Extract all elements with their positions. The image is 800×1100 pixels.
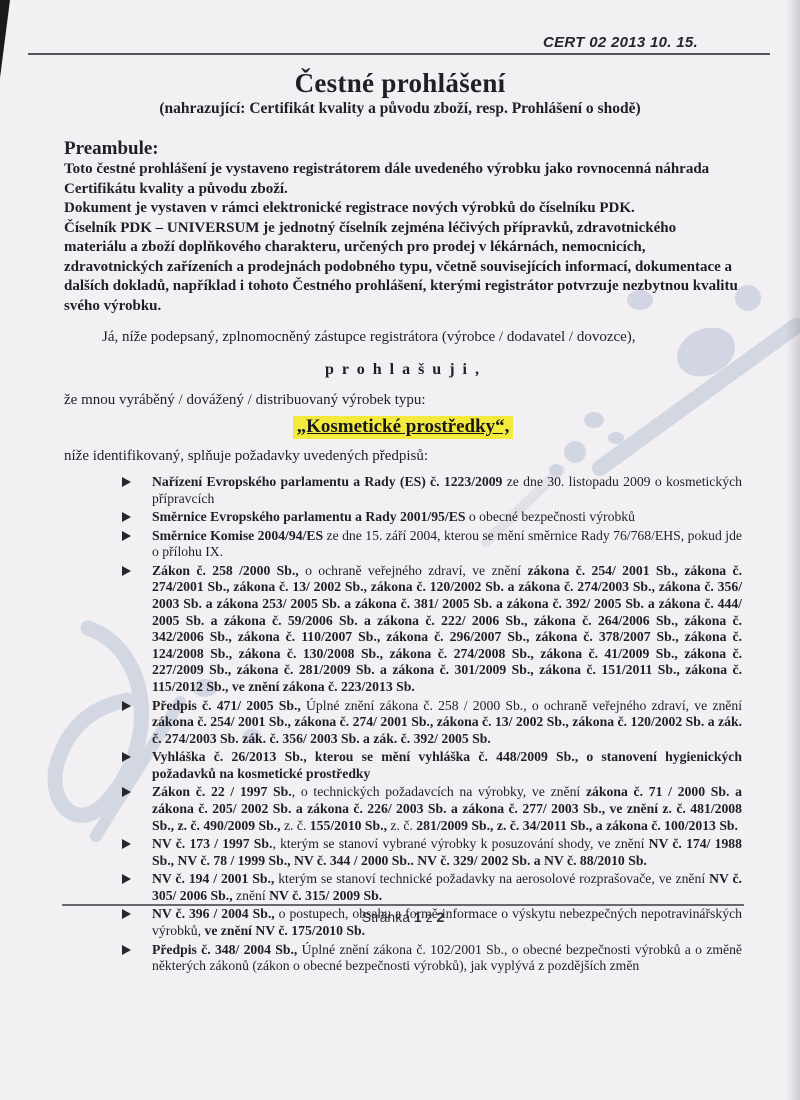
declaration-intro: Já, níže podepsaný, zplnomocněný zástupc…	[64, 329, 742, 346]
footer-total-pages: 2	[436, 909, 444, 925]
regulation-item: Směrnice Komise 2004/94/ES ze dne 15. zá…	[120, 528, 742, 561]
footer-separator: z	[426, 909, 433, 925]
regulation-item: NV č. 173 / 1997 Sb., kterým se stanoví …	[120, 836, 742, 869]
list-arrow-icon	[122, 701, 131, 711]
list-arrow-icon	[122, 874, 131, 884]
scanned-document-page: CERT 02 2013 10. 15. Čestné prohlášení (…	[0, 0, 800, 1100]
regulation-item: Zákon č. 258 /2000 Sb., o ochraně veřejn…	[120, 563, 742, 696]
declaration-verb: p r o h l a š u j i ,	[64, 361, 742, 379]
regulation-item: Předpis č. 348/ 2004 Sb., Úplné znění zá…	[120, 942, 742, 975]
list-arrow-icon	[122, 945, 131, 955]
regulations-list: Nařízení Evropského parlamentu a Rady (E…	[120, 474, 742, 975]
doc-code: CERT 02 2013 10. 15.	[28, 34, 770, 51]
list-arrow-icon	[122, 477, 131, 487]
compliance-line: níže identifikovaný, splňuje požadavky u…	[64, 448, 742, 465]
page-edge-shadow	[786, 0, 800, 1100]
regulation-item: Zákon č. 22 / 1997 Sb., o technických po…	[120, 784, 742, 834]
list-arrow-icon	[122, 531, 131, 541]
list-arrow-icon	[122, 512, 131, 522]
preamble-paragraph: Dokument je vystaven v rámci elektronick…	[64, 199, 742, 219]
regulation-item: Nařízení Evropského parlamentu a Rady (E…	[120, 474, 742, 507]
product-type-intro: že mnou vyráběný / dovážený / distribuov…	[64, 392, 742, 409]
regulation-item: Předpis č. 471/ 2005 Sb., Úplné znění zá…	[120, 698, 742, 748]
page-subtitle: (nahrazující: Certifikát kvality a původ…	[0, 100, 800, 118]
preamble-paragraphs: Toto čestné prohlášení je vystaveno regi…	[64, 160, 742, 316]
regulation-item: Vyhláška č. 26/2013 Sb., kterou se mění …	[120, 749, 742, 782]
preamble-paragraph: Toto čestné prohlášení je vystaveno regi…	[64, 160, 742, 199]
footer-label: Stránka	[362, 909, 410, 925]
preamble-paragraph: Číselník PDK – UNIVERSUM je jednotný čís…	[64, 219, 742, 317]
page-title: Čestné prohlášení	[0, 68, 800, 99]
list-arrow-icon	[122, 787, 131, 797]
document-header: CERT 02 2013 10. 15.	[28, 34, 770, 55]
document-body: Preambule: Toto čestné prohlášení je vys…	[64, 138, 742, 975]
regulation-item: NV č. 194 / 2001 Sb., kterým se stanoví …	[120, 871, 742, 904]
regulation-item: Směrnice Evropského parlamentu a Rady 20…	[120, 509, 742, 526]
product-type-row: „Kosmetické prostředky“,	[64, 416, 742, 439]
list-arrow-icon	[122, 752, 131, 762]
footer-page-number: 1	[414, 909, 422, 925]
list-arrow-icon	[122, 839, 131, 849]
product-type-highlight: „Kosmetické prostředky“,	[293, 416, 514, 439]
footer-page-indicator: Stránka 1 z 2	[62, 904, 744, 925]
list-arrow-icon	[122, 566, 131, 576]
preamble-heading: Preambule:	[64, 138, 742, 160]
